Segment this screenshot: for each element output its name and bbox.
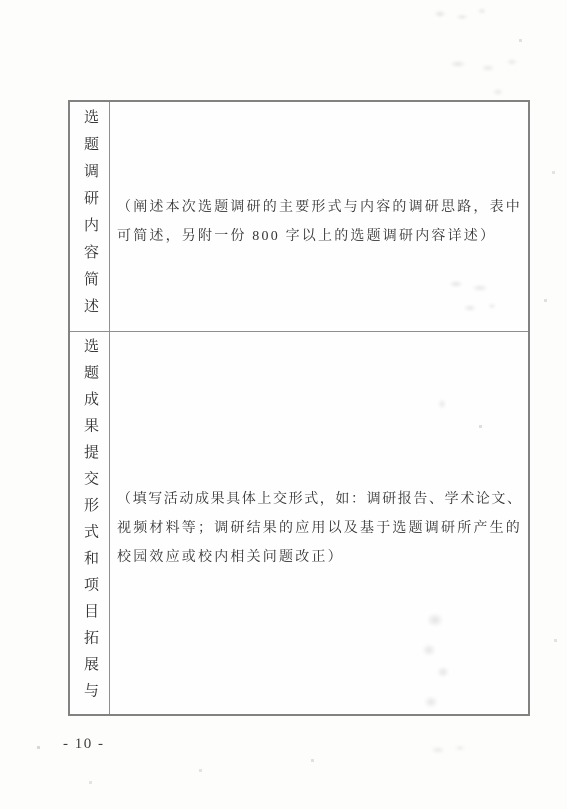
cell-text-line: （填写活动成果具体上交形式，如：调研报告、学术论文、 <box>117 485 524 514</box>
row-header-vertical-text: 选题调研内容简述 <box>82 109 97 325</box>
table-row-outcome-submission: 选题成果提交形式和项目拓展与 （填写活动成果具体上交形式，如：调研报告、学术论文… <box>70 332 528 714</box>
scanned-page: 选题调研内容简述 （阐述本次选题调研的主要形式与内容的调研思路，表中 可简述，另… <box>0 0 567 809</box>
cell-outcome-submission-form: （填写活动成果具体上交形式，如：调研报告、学术论文、 视频材料等；调研结果的应用… <box>110 332 528 714</box>
row-header-topic-research-content-summary: 选题调研内容简述 <box>70 102 110 331</box>
bleedthrough-smudge <box>430 5 494 25</box>
page-number: - 10 - <box>63 736 105 753</box>
cell-text-line: 视频材料等；调研结果的应用以及基于选题调研所产生的 <box>117 514 524 543</box>
cell-text-line: 校园效应或校内相关问题改正） <box>117 543 524 572</box>
row-header-vertical-text: 选题成果提交形式和项目拓展与 <box>82 338 97 709</box>
cell-topic-research-content-summary: （阐述本次选题调研的主要形式与内容的调研思路，表中 可简述，另附一份 800 字… <box>110 102 528 331</box>
bleedthrough-smudge <box>444 52 526 78</box>
table-row-topic-research-summary: 选题调研内容简述 （阐述本次选题调研的主要形式与内容的调研思路，表中 可简述，另… <box>70 102 528 332</box>
cell-text-line: （阐述本次选题调研的主要形式与内容的调研思路，表中 <box>117 193 524 222</box>
row-header-outcome-submission-form: 选题成果提交形式和项目拓展与 <box>70 332 110 714</box>
bleedthrough-smudge <box>426 740 472 760</box>
form-table: 选题调研内容简述 （阐述本次选题调研的主要形式与内容的调研思路，表中 可简述，另… <box>68 100 530 716</box>
scan-noise-specks <box>0 0 1 1</box>
cell-text-line: 可简述，另附一份 800 字以上的选题调研内容详述） <box>117 222 524 251</box>
